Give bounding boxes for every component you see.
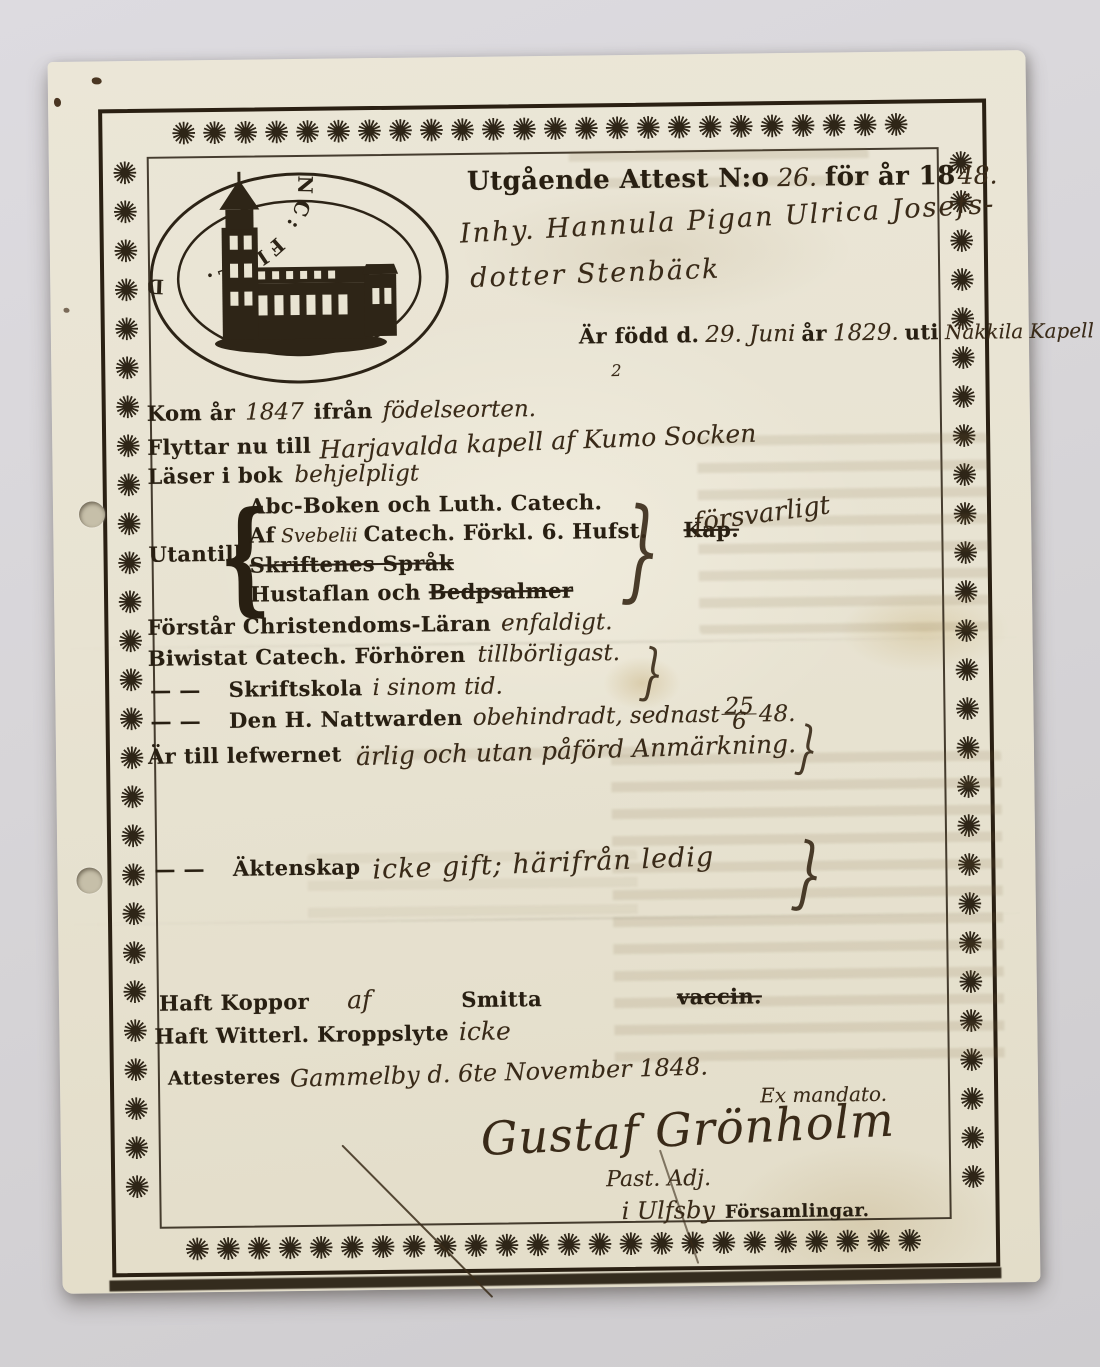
smitta-printed: Smitta — [461, 986, 542, 1012]
utantill-item1: Abc-Boken och Luth. Catech. — [249, 489, 603, 518]
forstar-hand: enfaldigt. — [501, 609, 613, 636]
birth-place: Nakkila Kapell — [945, 318, 1094, 344]
signature-title: Past. Adj. — [606, 1166, 711, 1192]
ditto-dash: — — — [154, 856, 205, 882]
signature-place-hand: i Ulfsby — [621, 1196, 715, 1225]
kom-origin: födelseorten. — [383, 396, 537, 424]
nattward-printed: Den H. Nattwarden — [229, 705, 463, 733]
lefwernet-printed: Är till lefwernet — [148, 741, 342, 768]
item4-printed: Hustaflan och — [250, 580, 421, 607]
document-paper: ✺✺✺✺✺✺✺✺✺✺✺✺✺✺✺✺✺✺✺✺✺✺✺✺ ✺✺✺✺✺✺✺✺✺✺✺✺✺✺✺… — [48, 50, 1041, 1294]
attest-year: 48. — [958, 160, 998, 189]
biwistat-printed: Biwistat Catech. Förhören — [148, 642, 466, 671]
kom-ifran-printed: ifrån — [314, 398, 373, 424]
punch-hole — [76, 867, 102, 893]
seal-graphic: DIOECESIS ABOENSIS. MAGNI PRINC: FINL. — [147, 169, 452, 387]
forsamlingar-printed: Församlingar. — [725, 1200, 870, 1223]
header-printed: Utgående Attest N:o — [467, 163, 770, 197]
skriftskola-line: — — Skriftskola i sinom tid. — [150, 674, 503, 704]
item2-hand-svebelii: Svebelii — [281, 524, 358, 547]
punch-hole — [79, 501, 105, 527]
laser-line: Läser i bok behjelpligt — [147, 461, 419, 490]
born-ar-printed: år — [801, 321, 827, 346]
ink-speck — [92, 77, 102, 84]
stray-mark-2: 2 — [611, 361, 621, 380]
nattward-date-fraction: 25 6 — [721, 699, 757, 728]
marriage-printed: Äktenskap — [233, 854, 361, 881]
attesteres-printed: Attesteres — [168, 1066, 281, 1089]
koppor-printed: Haft Koppor — [159, 989, 309, 1016]
koppor-hand-af: af — [347, 985, 372, 1014]
ditto-dash: — — — [150, 708, 201, 734]
witterl-hand: icke — [459, 1016, 511, 1046]
fraction-denominator: 6 — [732, 715, 747, 729]
utantill-close-brace: } — [620, 483, 663, 617]
forstar-printed: Förstår Christendoms-Läran — [147, 611, 491, 640]
birth-date: 29. Juni — [705, 321, 795, 348]
kom-printed: Kom år — [147, 400, 236, 426]
witterl-printed: Haft Witterl. Kroppslyte — [154, 1020, 449, 1049]
laser-grade: behjelpligt — [294, 461, 419, 489]
kom-line: Kom år 1847 ifrån födelseorten. — [147, 396, 536, 427]
item4-struck: Bedpsalmer — [429, 578, 574, 605]
header-year-printed: för år 18 — [825, 161, 956, 193]
item2-printed-af: Af — [249, 522, 275, 547]
nattward-year: 48. — [759, 701, 796, 727]
birth-year: 1829. — [833, 320, 899, 347]
utantill-item4: Hustaflan och Bedpsalmer — [250, 578, 574, 607]
diocese-seal: DIOECESIS ABOENSIS. MAGNI PRINC: FINL. — [147, 169, 452, 387]
witterl-line: Haft Witterl. Kroppslyte icke — [154, 1016, 511, 1049]
ink-speck — [64, 308, 70, 313]
skriftskola-hand: i sinom tid. — [372, 674, 503, 702]
born-printed: Är född d. — [579, 322, 700, 348]
birth-line: Är född d. 29. Juni år 1829. uti Nakkila… — [579, 317, 1094, 349]
skriftskola-printed: Skriftskola — [229, 675, 363, 702]
photo-background: ✺✺✺✺✺✺✺✺✺✺✺✺✺✺✺✺✺✺✺✺✺✺✺✺ ✺✺✺✺✺✺✺✺✺✺✺✺✺✺✺… — [0, 0, 1100, 1367]
nattward-hand: obehindradt, sednast — [473, 702, 720, 731]
biwistat-hand: tillbörligast. — [477, 640, 620, 668]
item2-printed-catech: Catech. Förkl. 6. Hufst. — [364, 518, 648, 546]
ditto-dash: — — — [150, 677, 201, 703]
kom-year: 1847 — [245, 399, 304, 426]
ink-speck — [54, 98, 61, 107]
signature-place-line: i Ulfsby Församlingar. — [621, 1194, 869, 1225]
show-through-text — [697, 433, 989, 635]
born-uti-printed: uti — [905, 319, 939, 344]
vaccin-struck: vaccin. — [677, 983, 762, 1009]
utantill-item3-struck: Skriftenes Språk — [250, 550, 454, 577]
attest-number: 26. — [777, 163, 817, 192]
flyttar-printed: Flyttar nu till — [147, 433, 311, 460]
